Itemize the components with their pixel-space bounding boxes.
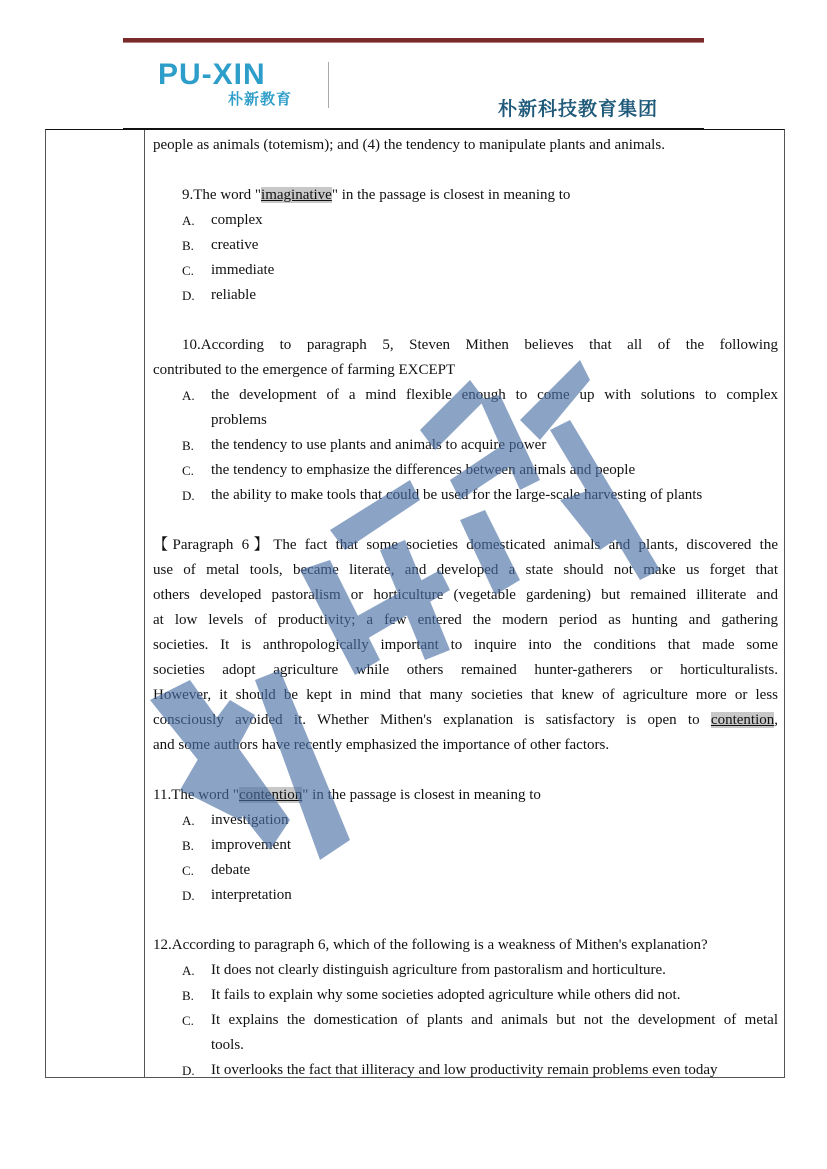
q12-option-c[interactable]: C.It explains the domestication of plant… <box>153 1008 778 1033</box>
logo-english-text: PU-XIN <box>158 60 266 90</box>
q11-option-a[interactable]: A.investigation <box>153 808 778 833</box>
q10-option-a[interactable]: A.the development of a mind flexible eno… <box>153 383 778 408</box>
header-top-rule <box>123 38 704 43</box>
table-left-column <box>46 130 145 1077</box>
question-10-line-1: 10.According to paragraph 5, Steven Mith… <box>153 333 778 358</box>
question-9: 9.The word "imaginative" in the passage … <box>153 183 778 208</box>
highlighted-word: contention <box>239 787 302 803</box>
q10-option-b[interactable]: B.the tendency to use plants and animals… <box>153 433 778 458</box>
q10-option-d[interactable]: D.the ability to make tools that could b… <box>153 483 778 508</box>
logo-chinese-text: 朴新教育 <box>228 90 292 108</box>
passage-intro-line: people as animals (totemism); and (4) th… <box>153 133 778 158</box>
paragraph-6: 【Paragraph 6】The fact that some societie… <box>153 533 778 758</box>
q9-option-b[interactable]: B.creative <box>153 233 778 258</box>
question-12: 12.According to paragraph 6, which of th… <box>153 933 778 958</box>
q9-option-d[interactable]: D.reliable <box>153 283 778 308</box>
table-content-cell: people as animals (totemism); and (4) th… <box>153 133 778 1083</box>
question-11: 11.The word "contention" in the passage … <box>153 783 778 808</box>
logo-divider <box>328 62 329 108</box>
q11-option-b[interactable]: B.improvement <box>153 833 778 858</box>
q11-option-d[interactable]: D.interpretation <box>153 883 778 908</box>
q12-option-d[interactable]: D.It overlooks the fact that illiteracy … <box>153 1058 778 1083</box>
q9-option-c[interactable]: C.immediate <box>153 258 778 283</box>
highlighted-word: contention <box>711 712 774 728</box>
q10-option-c[interactable]: C.the tendency to emphasize the differen… <box>153 458 778 483</box>
q10-option-a-continued: problems <box>153 408 778 433</box>
content-table: people as animals (totemism); and (4) th… <box>45 129 785 1078</box>
question-10-line-2: contributed to the emergence of farming … <box>153 358 778 383</box>
q11-option-c[interactable]: C.debate <box>153 858 778 883</box>
group-name: 朴新科技教育集团 <box>498 94 658 121</box>
highlighted-word: imaginative <box>261 187 332 203</box>
q12-option-a[interactable]: A.It does not clearly distinguish agricu… <box>153 958 778 983</box>
q9-option-a[interactable]: A.complex <box>153 208 778 233</box>
puxin-logo: PU-XIN 朴新教育 <box>158 60 318 110</box>
q12-option-b[interactable]: B.It fails to explain why some societies… <box>153 983 778 1008</box>
q12-option-c-continued: tools. <box>153 1033 778 1058</box>
